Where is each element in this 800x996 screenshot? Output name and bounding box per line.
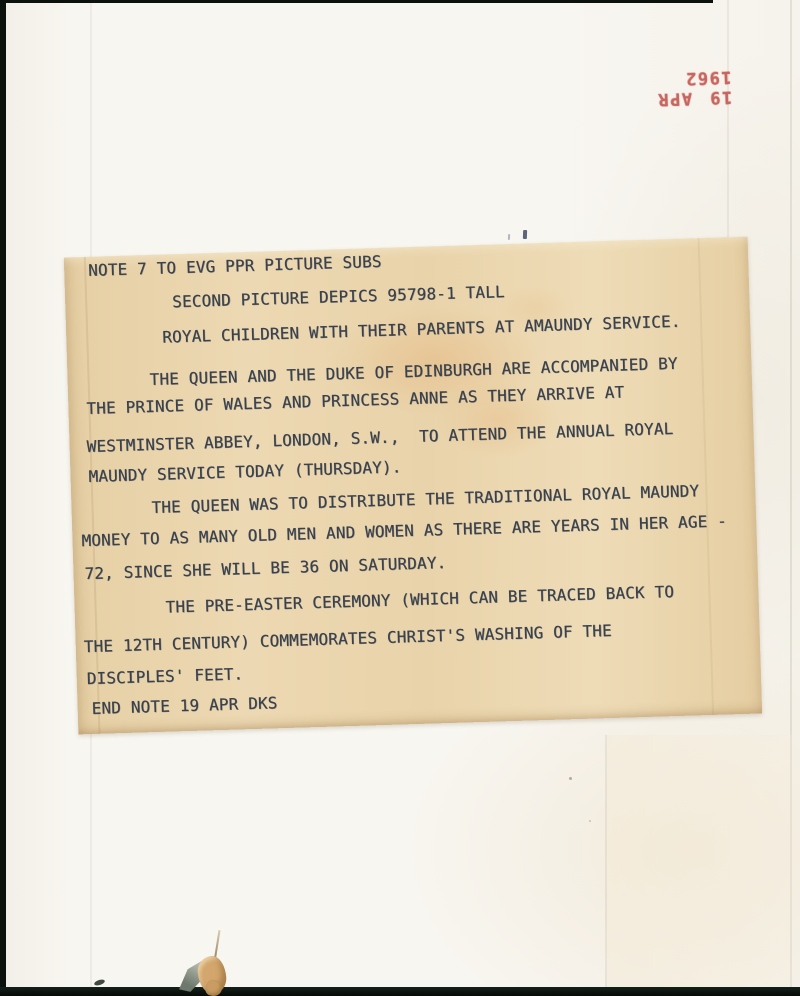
scan-speck <box>589 820 591 822</box>
typed-line: THE QUEEN WAS TO DISTRIBUTE THE TRADITIO… <box>151 482 699 516</box>
typed-line: 72, SINCE SHE WILL BE 36 ON SATURDAY. <box>84 554 446 583</box>
typed-line: WESTMINSTER ABBEY, LONDON, S.W., TO ATTE… <box>86 420 673 456</box>
scan-debris-speck <box>93 978 105 986</box>
paper-crease <box>84 257 100 734</box>
ink-tick <box>523 230 527 239</box>
caption-note-paper: NOTE 7 TO EVG PPR PICTURE SUBS SECOND PI… <box>64 237 762 735</box>
typed-line: ROYAL CHILDREN WITH THEIR PARENTS AT AMA… <box>162 313 681 347</box>
photo-scan: 19 APR 1962 NOTE 7 TO EVG PPR PICTURE SU… <box>0 0 800 996</box>
typed-line: MONEY TO AS MANY OLD MEN AND WOMEN AS TH… <box>81 512 727 549</box>
typed-line: THE 12TH CENTURY) COMMEMORATES CHRIST'S … <box>84 622 613 656</box>
typed-line: SECOND PICTURE DEPICS 95798-1 TALL <box>172 283 505 311</box>
typed-line: THE PRE-EASTER CEREMONY (WHICH CAN BE TR… <box>165 583 674 616</box>
scan-edge-top <box>0 0 713 3</box>
typed-line: NOTE 7 TO EVG PPR PICTURE SUBS <box>88 253 382 280</box>
scan-speck <box>569 777 572 780</box>
paper-discoloration <box>607 735 792 987</box>
paper-crease <box>698 238 714 715</box>
typed-line: MAUNDY SERVICE TODAY (THURSDAY). <box>88 458 401 485</box>
scan-edge-bottom <box>0 987 800 996</box>
date-stamp: 19 APR 1962 <box>600 74 733 105</box>
ink-tick <box>508 234 510 240</box>
typed-line: THE PRINCE OF WALES AND PRINCESS ANNE AS… <box>86 383 624 417</box>
scan-edge-left <box>0 0 6 996</box>
debris-moth-artifact <box>180 928 236 996</box>
typed-line: END NOTE 19 APR DKS <box>91 694 277 717</box>
scan-crease-line <box>727 0 729 248</box>
typed-line: DISCIPLES' FEET. <box>87 665 244 687</box>
